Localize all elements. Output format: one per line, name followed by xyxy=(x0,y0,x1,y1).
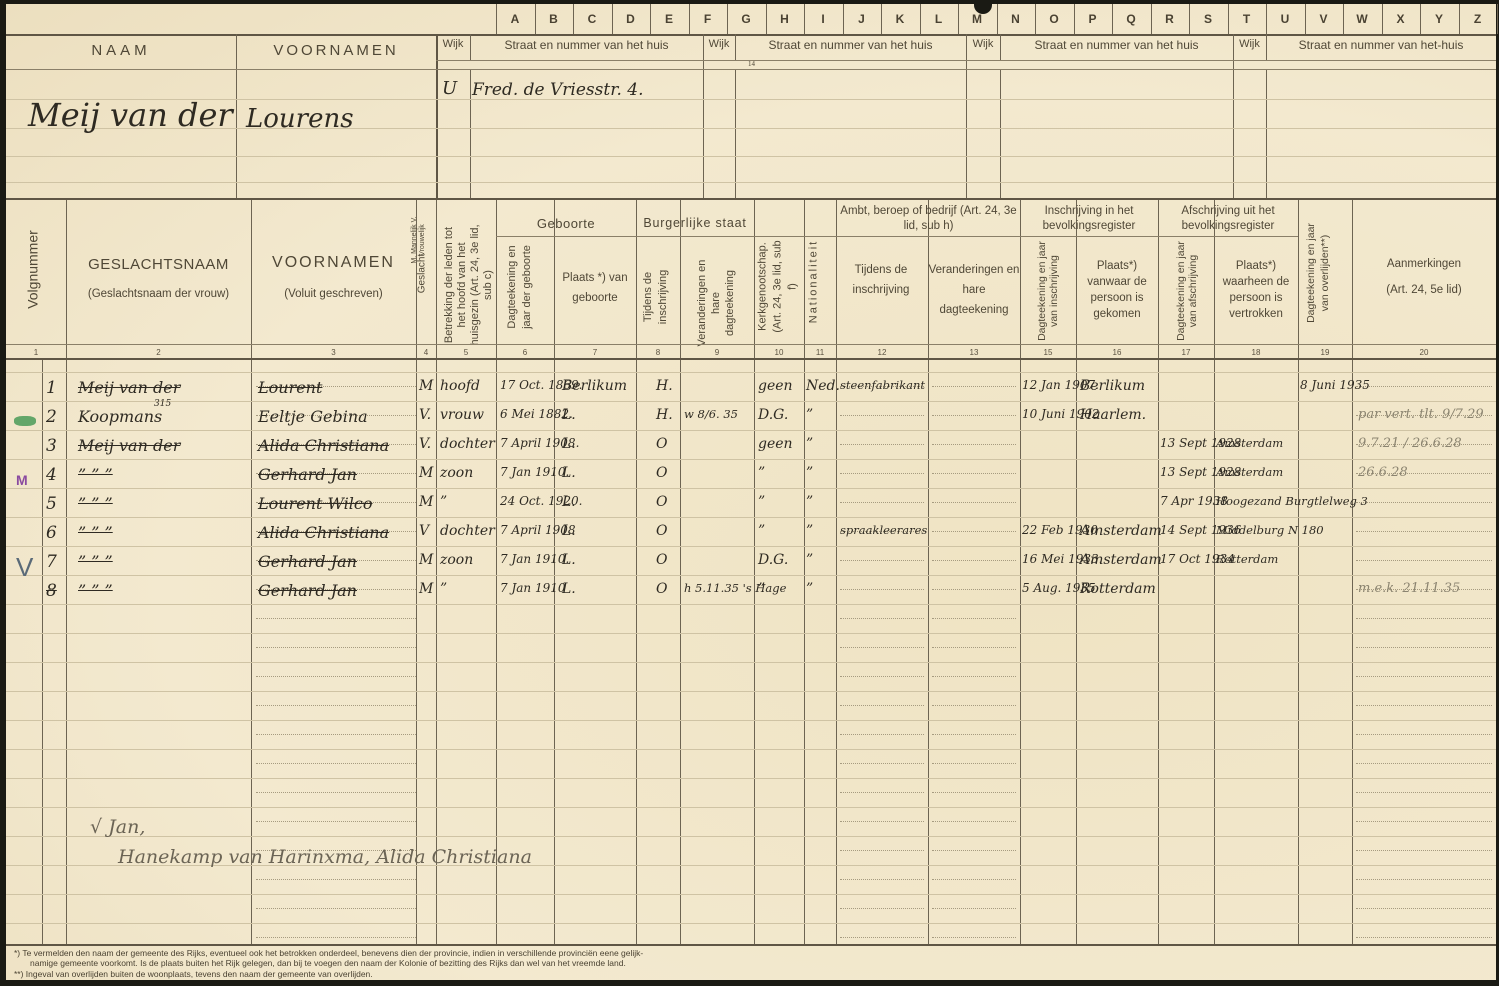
footnote-1b: namige gemeente voorkomt. Is de plaats b… xyxy=(30,958,626,968)
row-6-nat: ” xyxy=(806,523,813,539)
col-volgnummer: Volgnummer xyxy=(26,215,41,325)
row-7-nat: ” xyxy=(806,552,813,568)
row-5-geb-plaats: L. xyxy=(562,494,576,510)
row-3-aanm: 9.7.21 / 26.6.28 xyxy=(1358,436,1462,451)
col-inschrijving-datum: Dagteekening en jaar van inschrijving xyxy=(1036,241,1060,341)
row-7-geb-datum: 7 Jan 1910. xyxy=(500,552,569,566)
wijk-value: U xyxy=(442,78,457,99)
alphabet-tab-q: Q xyxy=(1112,12,1150,26)
row-4-staat: O xyxy=(656,465,667,481)
column-number: 7 xyxy=(554,348,636,357)
row-8-geb-plaats: L. xyxy=(562,581,576,597)
column-number: 11 xyxy=(804,348,836,357)
row-1-nr: 1 xyxy=(46,378,57,398)
row-6-naam: ” ” ” xyxy=(78,523,113,542)
row-2-naam-note: 315 xyxy=(154,399,171,409)
col-afschrijving-datum: Dagteekening en jaar van afschrijving xyxy=(1175,241,1199,341)
alphabet-tab-h: H xyxy=(766,12,804,26)
col-voornamen-sub: (Voluit geschreven) xyxy=(251,288,416,300)
row-7-betrekking: zoon xyxy=(440,552,473,568)
column-number: 6 xyxy=(496,348,554,357)
alphabet-tab-y: Y xyxy=(1420,12,1458,26)
col-kerkgenootschap: Kerkgenootschap. (Art. 24, 3e lid, sub f… xyxy=(756,237,801,337)
row-2-geslacht: V. xyxy=(419,407,431,423)
straat-value: Fred. de Vriesstr. 4. xyxy=(472,80,644,100)
row-3-geslacht: V. xyxy=(419,436,431,452)
alphabet-tab-c: C xyxy=(573,12,611,26)
row-2-nat: ” xyxy=(806,407,813,423)
row-5-kerk: ” xyxy=(758,494,765,510)
alphabet-tab-t: T xyxy=(1228,12,1266,26)
column-number: 5 xyxy=(436,348,496,357)
column-number: 18 xyxy=(1214,348,1298,357)
alphabet-tab-x: X xyxy=(1382,12,1420,26)
alphabet-tab-j: J xyxy=(843,12,881,26)
row-5-naam: ” ” ” xyxy=(78,494,113,513)
row-3-naam: Meij van der xyxy=(78,436,180,455)
row-7-kerk: D.G. xyxy=(758,552,788,568)
purple-m-stamp: M xyxy=(16,472,28,488)
row-7-naam: ” ” ” xyxy=(78,552,113,571)
column-number: 19 xyxy=(1298,348,1352,357)
col-geboorte-group: Geboorte xyxy=(496,216,636,231)
row-4-geb-plaats: L. xyxy=(562,465,576,481)
column-number: 4 xyxy=(416,348,436,357)
row-4-nat: ” xyxy=(806,465,813,481)
wijk-label: Wijk xyxy=(436,38,470,50)
row-4-voornamen: Gerhard Jan xyxy=(258,465,357,484)
column-number: 16 xyxy=(1076,348,1158,357)
row-2-ins-plaats: Haarlem. xyxy=(1080,407,1146,423)
wijk-label: Wijk xyxy=(966,38,1000,50)
row-1-nat: Ned. xyxy=(806,378,840,394)
row-4-afs-plaats: Amsterdam xyxy=(1216,465,1283,479)
col-burgerlijke-tijdens: Tijdens de inschrijving xyxy=(641,252,671,342)
row-7-geb-plaats: L. xyxy=(562,552,576,568)
alphabet-tab-b: B xyxy=(535,12,573,26)
row-5-staat: O xyxy=(656,494,667,510)
row-4-betrekking: zoon xyxy=(440,465,473,481)
row-2-staat-ver: w 8/6. 35 xyxy=(684,407,738,421)
column-number: 12 xyxy=(836,348,928,357)
row-2-voornamen: Eeltje Gebina xyxy=(258,407,368,426)
row-6-kerk: ” xyxy=(758,523,765,539)
alphabet-tab-s: S xyxy=(1189,12,1227,26)
row-8-staat-ver: h 5.11.35 's Hage xyxy=(684,581,786,595)
row-7-ins-plaats: Amsterdam xyxy=(1080,552,1162,568)
row-5-nr: 5 xyxy=(46,494,57,514)
col-geboorte-datum: Dagteekening en jaar der geboorte xyxy=(505,237,535,337)
alphabet-tab-k: K xyxy=(881,12,919,26)
column-number: 10 xyxy=(754,348,804,357)
annotation-line-2: Hanekamp van Harinxma, Alida Christiana xyxy=(118,846,532,868)
row-2-naam: Koopmans xyxy=(78,407,162,426)
row-6-ambt: spraakleerares xyxy=(840,523,927,537)
row-8-kerk: ” xyxy=(758,581,765,597)
row-8-betrekking: ” xyxy=(440,581,447,597)
row-6-nr: 6 xyxy=(46,523,57,543)
population-register-card: ABCDEFGHIJKLMNOPQRSTUVWXYZ NAAM VOORNAME… xyxy=(6,4,1496,980)
alphabet-tab-v: V xyxy=(1305,12,1343,26)
row-4-geslacht: M xyxy=(419,465,433,481)
row-6-geb-plaats: L. xyxy=(562,523,576,539)
alphabet-tab-w: W xyxy=(1343,12,1381,26)
alphabet-tab-u: U xyxy=(1266,12,1304,26)
row-1-ambt: steenfabrikant xyxy=(840,378,925,392)
col-voornamen: VOORNAMEN xyxy=(251,254,416,272)
column-number: 1 xyxy=(6,348,66,357)
alphabet-tab-m: M xyxy=(958,12,996,26)
column-number: 3 xyxy=(251,348,416,357)
straat-label: Straat en nummer van het-huis xyxy=(1266,38,1496,52)
row-8-aanm: m.e.k. 21.11.35 xyxy=(1358,581,1460,596)
alphabet-tab-a: A xyxy=(496,12,534,26)
row-3-geb-plaats: L. xyxy=(562,436,576,452)
col-aanmerkingen: Aanmerkingen xyxy=(1352,258,1496,270)
voornamen-value: Lourens xyxy=(246,104,354,134)
row-3-kerk: geen xyxy=(758,436,793,452)
row-2-nr: 2 xyxy=(46,407,57,427)
col-ambt-tijdens: Tijdens de inschrijving xyxy=(836,260,926,300)
col-betrekking: Betrekking der leden tot het hoofd van h… xyxy=(443,220,495,350)
straat-label: Straat en nummer van het huis xyxy=(1000,38,1233,52)
col-geslachtsnaam-sub: (Geslachtsnaam der vrouw) xyxy=(66,288,251,300)
row-8-voornamen: Gerhard Jan xyxy=(258,581,357,600)
row-8-ins-plaats: Rotterdam xyxy=(1080,581,1156,597)
row-2-kerk: D.G. xyxy=(758,407,788,423)
col-ambt-group: Ambt, beroep of bedrijf (Art. 24, 3e lid… xyxy=(836,204,1021,234)
row-4-geb-datum: 7 Jan 1910. xyxy=(500,465,569,479)
col-geslacht-mv: M. Mannelijk V. Vrouwelijk xyxy=(411,210,427,270)
column-number: 17 xyxy=(1158,348,1214,357)
row-1-voornamen: Lourent xyxy=(258,378,322,397)
row-1-betrekking: hoofd xyxy=(440,378,480,394)
col-aanmerkingen-sub: (Art. 24, 5e lid) xyxy=(1352,284,1496,296)
row-5-betrekking: ” xyxy=(440,494,447,510)
row-7-geslacht: M xyxy=(419,552,433,568)
alphabet-tab-l: L xyxy=(920,12,958,26)
row-1-ins-plaats: Berlikum xyxy=(1080,378,1145,394)
row-3-nr: 3 xyxy=(46,436,57,456)
column-number: 8 xyxy=(636,348,680,357)
row-6-voornamen: Alida Christiana xyxy=(258,523,389,542)
row-4-nr: 4 xyxy=(46,465,57,485)
col-geboorte-plaats: Plaats *) van geboorte xyxy=(554,268,636,308)
small-number: 14 xyxy=(748,60,755,68)
alphabet-tab-n: N xyxy=(997,12,1035,26)
row-1-staat: H. xyxy=(656,378,673,394)
row-7-nr: 7 xyxy=(46,552,57,572)
row-1-kerk: geen xyxy=(758,378,793,394)
row-4-naam: ” ” ” xyxy=(78,465,113,484)
row-8-nr: 8 xyxy=(46,581,57,601)
row-3-nat: ” xyxy=(806,436,813,452)
row-6-staat: O xyxy=(656,523,667,539)
alphabet-tab-i: I xyxy=(804,12,842,26)
annotation-line-1: √ Jan, xyxy=(90,816,145,838)
row-8-geb-datum: 7 Jan 1910 xyxy=(500,581,566,595)
row-1-geslacht: M xyxy=(419,378,433,394)
row-1-overl: 8 Juni 1935 xyxy=(1300,378,1370,392)
row-5-afs-plaats: Hoogezand Burgtlelweg 3 xyxy=(1216,494,1368,508)
row-8-staat: O xyxy=(656,581,667,597)
col-nationaliteit: Nationaliteit xyxy=(807,232,822,332)
row-7-voornamen: Gerhard Jan xyxy=(258,552,357,571)
row-6-betrekking: dochter xyxy=(440,523,495,539)
row-6-geslacht: V xyxy=(419,523,429,539)
row-1-naam: Meij van der xyxy=(78,378,180,397)
column-number: 13 xyxy=(928,348,1020,357)
row-2-aanm: par vert. tlt. 9/7.29 xyxy=(1358,407,1484,422)
col-burgerlijke-group: Burgerlijke staat xyxy=(636,216,754,230)
voornamen-label: VOORNAMEN xyxy=(236,42,436,59)
row-4-aanm: 26.6.28 xyxy=(1358,465,1408,480)
alphabet-tab-o: O xyxy=(1035,12,1073,26)
naam-label: NAAM xyxy=(6,42,236,59)
row-8-naam: ” ” ” xyxy=(78,581,113,600)
alphabet-tab-g: G xyxy=(727,12,765,26)
col-geslachtsnaam: GESLACHTSNAAM xyxy=(66,256,251,273)
row-5-voornamen: Lourent Wilco xyxy=(258,494,373,513)
alphabet-tab-f: F xyxy=(689,12,727,26)
column-number: 20 xyxy=(1352,348,1496,357)
straat-label: Straat en nummer van het huis xyxy=(735,38,966,52)
straat-label: Straat en nummer van het huis xyxy=(470,38,703,52)
checkmark-v: V xyxy=(16,552,33,583)
row-5-geslacht: M xyxy=(419,494,433,510)
col-afschrijving-group: Afschrijving uit het bevolkingsregister xyxy=(1158,204,1298,234)
alphabet-tab-z: Z xyxy=(1459,12,1497,26)
wijk-label: Wijk xyxy=(703,38,735,50)
row-2-staat: H. xyxy=(656,407,673,423)
alphabet-tab-d: D xyxy=(612,12,650,26)
column-number: 2 xyxy=(66,348,251,357)
row-4-kerk: ” xyxy=(758,465,765,481)
alphabet-tab-r: R xyxy=(1151,12,1189,26)
wijk-label: Wijk xyxy=(1233,38,1266,50)
green-ink-mark xyxy=(14,416,36,426)
row-6-ins-plaats: Amsterdam xyxy=(1080,523,1162,539)
col-burgerlijke-veranderingen: Veranderingen en hare dagteekening xyxy=(695,258,737,348)
row-8-nat: ” xyxy=(806,581,813,597)
row-7-staat: O xyxy=(656,552,667,568)
row-8-geslacht: M xyxy=(419,581,433,597)
footnote-2: **) Ingeval van overlijden buiten de woo… xyxy=(14,969,373,979)
row-3-betrekking: dochter xyxy=(440,436,495,452)
row-1-geb-plaats: Berlikum xyxy=(562,378,627,394)
row-3-staat: O xyxy=(656,436,667,452)
alphabet-tab-e: E xyxy=(650,12,688,26)
col-inschrijving-group: Inschrijving in het bevolkingsregister xyxy=(1020,204,1158,234)
alphabet-tab-p: P xyxy=(1074,12,1112,26)
row-2-betrekking: vrouw xyxy=(440,407,484,423)
column-number: 9 xyxy=(680,348,754,357)
row-7-afs-plaats: Rotterdam xyxy=(1216,552,1278,566)
row-6-afs-plaats: Middelburg N 180 xyxy=(1216,523,1324,537)
row-2-geb-plaats: L. xyxy=(562,407,576,423)
column-number: 15 xyxy=(1020,348,1076,357)
row-3-afs-plaats: Amsterdam xyxy=(1216,436,1283,450)
footnote-1: *) Te vermelden den naam der gemeente de… xyxy=(14,948,643,958)
col-ambt-veranderingen: Veranderingen en hare dagteekening xyxy=(928,260,1020,320)
col-afschrijving-plaats: Plaats*) waarheen de persoon is vertrokk… xyxy=(1214,258,1298,322)
row-3-voornamen: Alida Christiana xyxy=(258,436,389,455)
col-inschrijving-plaats: Plaats*) vanwaar de persoon is gekomen xyxy=(1076,258,1158,322)
row-5-nat: ” xyxy=(806,494,813,510)
col-overlijden: Dagteekening en jaar van overlijden**) xyxy=(1304,223,1332,323)
naam-value: Meij van der xyxy=(28,96,233,134)
